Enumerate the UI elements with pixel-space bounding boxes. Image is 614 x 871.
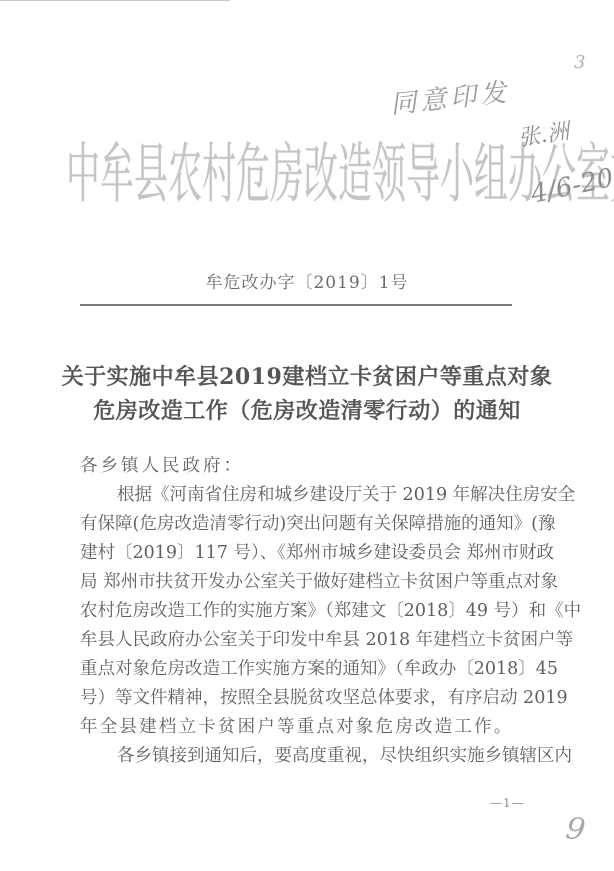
body-line: 号）等文件精神，按照全县脱贫攻坚总体要求，有序启动 2019 (80, 684, 532, 713)
scan-edge-artifact (0, 0, 230, 1)
body-line: 有保障(危房改造清零行动)突出问题有关保障措施的通知》(豫 (80, 510, 532, 539)
document-masthead: 中 牟 县 农 村 危 房 改 造 领 导 小 组 办 公 室 文 件 (66, 140, 536, 210)
salutation: 各乡镇人民政府： (80, 452, 532, 481)
masthead-char: 领 (372, 109, 406, 242)
masthead-char: 农 (168, 109, 202, 242)
body-line: 重点对象危房改造工作实施方案的通知》（牟政办〔2018〕45 (80, 655, 532, 684)
document-title-line-1: 关于实施中牟县2019建档立卡贫困户等重点对象 (0, 360, 614, 391)
body-line: 各乡镇接到通知后，要高度重视，尽快组织实施乡镇辖区内 (80, 742, 532, 771)
masthead-char: 房 (270, 109, 304, 242)
document-number: 牟危改办字〔2019〕1号 (0, 268, 614, 293)
masthead-char: 导 (406, 109, 440, 242)
masthead-char: 县 (134, 109, 168, 242)
page-number: —1— (490, 796, 525, 810)
body-line: 农村危房改造工作的实施方案》（郑建文〔2018〕49 号）和《中 (80, 597, 532, 626)
handwritten-corner-mark: 3 (574, 52, 585, 73)
body-line: 根据《河南省住房和城乡建设厅关于 2019 年解决住房安全 (80, 481, 532, 510)
handwritten-page-mark: 9 (564, 811, 588, 848)
body-line: 牟县人民政府办公室关于印发中牟县 2018 年建档立卡贫困户等 (80, 626, 532, 655)
header-divider (80, 304, 512, 306)
body-line: 局 郑州市扶贫开发办公室关于做好建档立卡贫困户等重点对象 (80, 568, 532, 597)
masthead-char: 改 (304, 109, 338, 242)
body-line: 建村〔2019〕117 号）、《郑州市城乡建设委员会 郑州市财政 (80, 539, 532, 568)
masthead-char: 小 (440, 109, 474, 242)
masthead-char: 组 (474, 109, 508, 242)
masthead-char: 危 (236, 109, 270, 242)
masthead-char: 造 (338, 109, 372, 242)
masthead-char: 村 (202, 109, 236, 242)
body-line: 年全县建档立卡贫困户等重点对象危房改造工作。 (80, 713, 532, 742)
document-title-line-2: 危房改造工作（危房改造清零行动）的通知 (0, 394, 614, 425)
masthead-char: 牟 (100, 109, 134, 242)
masthead-char: 中 (66, 109, 100, 242)
document-body: 各乡镇人民政府： 根据《河南省住房和城乡建设厅关于 2019 年解决住房安全 有… (80, 452, 532, 771)
